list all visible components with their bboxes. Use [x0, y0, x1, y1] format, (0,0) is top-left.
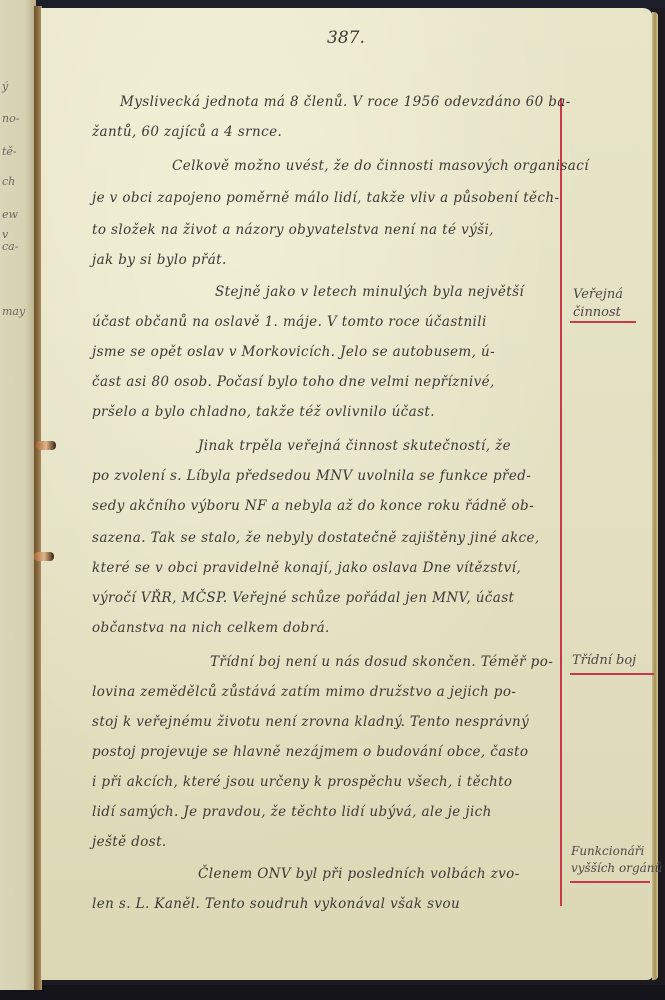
margin-note-underline [570, 321, 636, 323]
margin-note-class-struggle: Třídní boj [572, 652, 636, 670]
top-background [0, 0, 665, 8]
text-line: len s. L. Kaněl. Tento soudruh vykonával… [92, 896, 460, 912]
margin-note-line: Funkcionáři [571, 843, 662, 860]
page-number: 387. [327, 28, 365, 48]
text-line: po zvolení s. Líbyla předsedou MNV uvoln… [92, 468, 531, 484]
left-page-fragment: ý [2, 80, 8, 93]
bottom-background [0, 985, 665, 1000]
left-page-fragment: tě- [2, 145, 17, 158]
binding-thread [34, 552, 54, 561]
left-page-fragment: ca- [2, 240, 18, 253]
text-line: sedy akčního výboru NF a nebyla až do ko… [92, 498, 534, 514]
text-line: Třídní boj není u nás dosud skončen. Tém… [210, 654, 553, 670]
left-page-fragment: may [2, 305, 25, 318]
text-line: i při akcích, které jsou určeny k prospě… [92, 774, 512, 790]
left-page-fragment: no- [2, 112, 19, 125]
binding-thread [36, 441, 56, 450]
text-line: žantů, 60 zajíců a 4 srnce. [92, 124, 282, 140]
text-line: Celkově možno uvést, že do činnosti maso… [172, 158, 589, 174]
left-page-fragment: ew [2, 208, 18, 221]
text-line: Stejně jako v letech minulých byla nejvě… [215, 284, 524, 300]
text-line: lovina zemědělců zůstává zatím mimo druž… [92, 684, 516, 700]
text-line: občanstva na nich celkem dobrá. [92, 620, 330, 636]
text-line: stoj k veřejnému životu není zrovna klad… [92, 714, 529, 730]
margin-note-line: Veřejná [573, 286, 623, 304]
text-line: jsme se opět oslav v Morkovicích. Jelo s… [92, 344, 495, 360]
margin-note-line: vyšších orgánů [571, 860, 662, 877]
text-line: čast asi 80 osob. Počasí bylo toho dne v… [92, 374, 495, 390]
left-page-fragment: ch [2, 175, 15, 188]
text-line: to složek na život a názory obyvatelstva… [92, 222, 494, 238]
text-line: výročí VŘR, MČSP. Veřejné schůze pořádal… [92, 590, 514, 606]
text-line: pršelo a bylo chladno, takže též ovlivni… [92, 404, 435, 420]
text-line: Členem ONV byl při posledních volbách zv… [198, 866, 520, 882]
text-line: Jinak trpěla veřejná činnost skutečností… [198, 438, 511, 454]
margin-note-line: Třídní boj [572, 652, 636, 670]
page-edge [652, 12, 658, 980]
margin-note-public-activity: Veřejná činnost [573, 286, 623, 322]
margin-rule [560, 98, 562, 906]
text-line: sazena. Tak se stalo, že nebyly dostateč… [92, 530, 540, 546]
margin-note-line: činnost [573, 304, 623, 322]
text-line: lidí samých. Je pravdou, že těchto lidí … [92, 804, 492, 820]
text-line: postoj projevuje se hlavně nezájmem o bu… [92, 744, 528, 760]
margin-note-higher-officials: Funkcionáři vyšších orgánů [571, 843, 662, 877]
text-line: jak by si bylo přát. [92, 252, 227, 268]
text-line: ještě dost. [92, 834, 167, 850]
margin-note-underline [570, 881, 650, 883]
text-line: účast občanů na oslavě 1. máje. V tomto … [92, 314, 487, 330]
left-facing-page: ý no- tě- ch ew v ca- may [0, 0, 36, 990]
text-line: které se v obci pravidelně konají, jako … [92, 560, 521, 576]
margin-note-underline [570, 673, 654, 675]
text-line: Myslivecká jednota má 8 členů. V roce 19… [120, 94, 571, 110]
text-line: je v obci zapojeno poměrně málo lidí, ta… [92, 190, 559, 206]
